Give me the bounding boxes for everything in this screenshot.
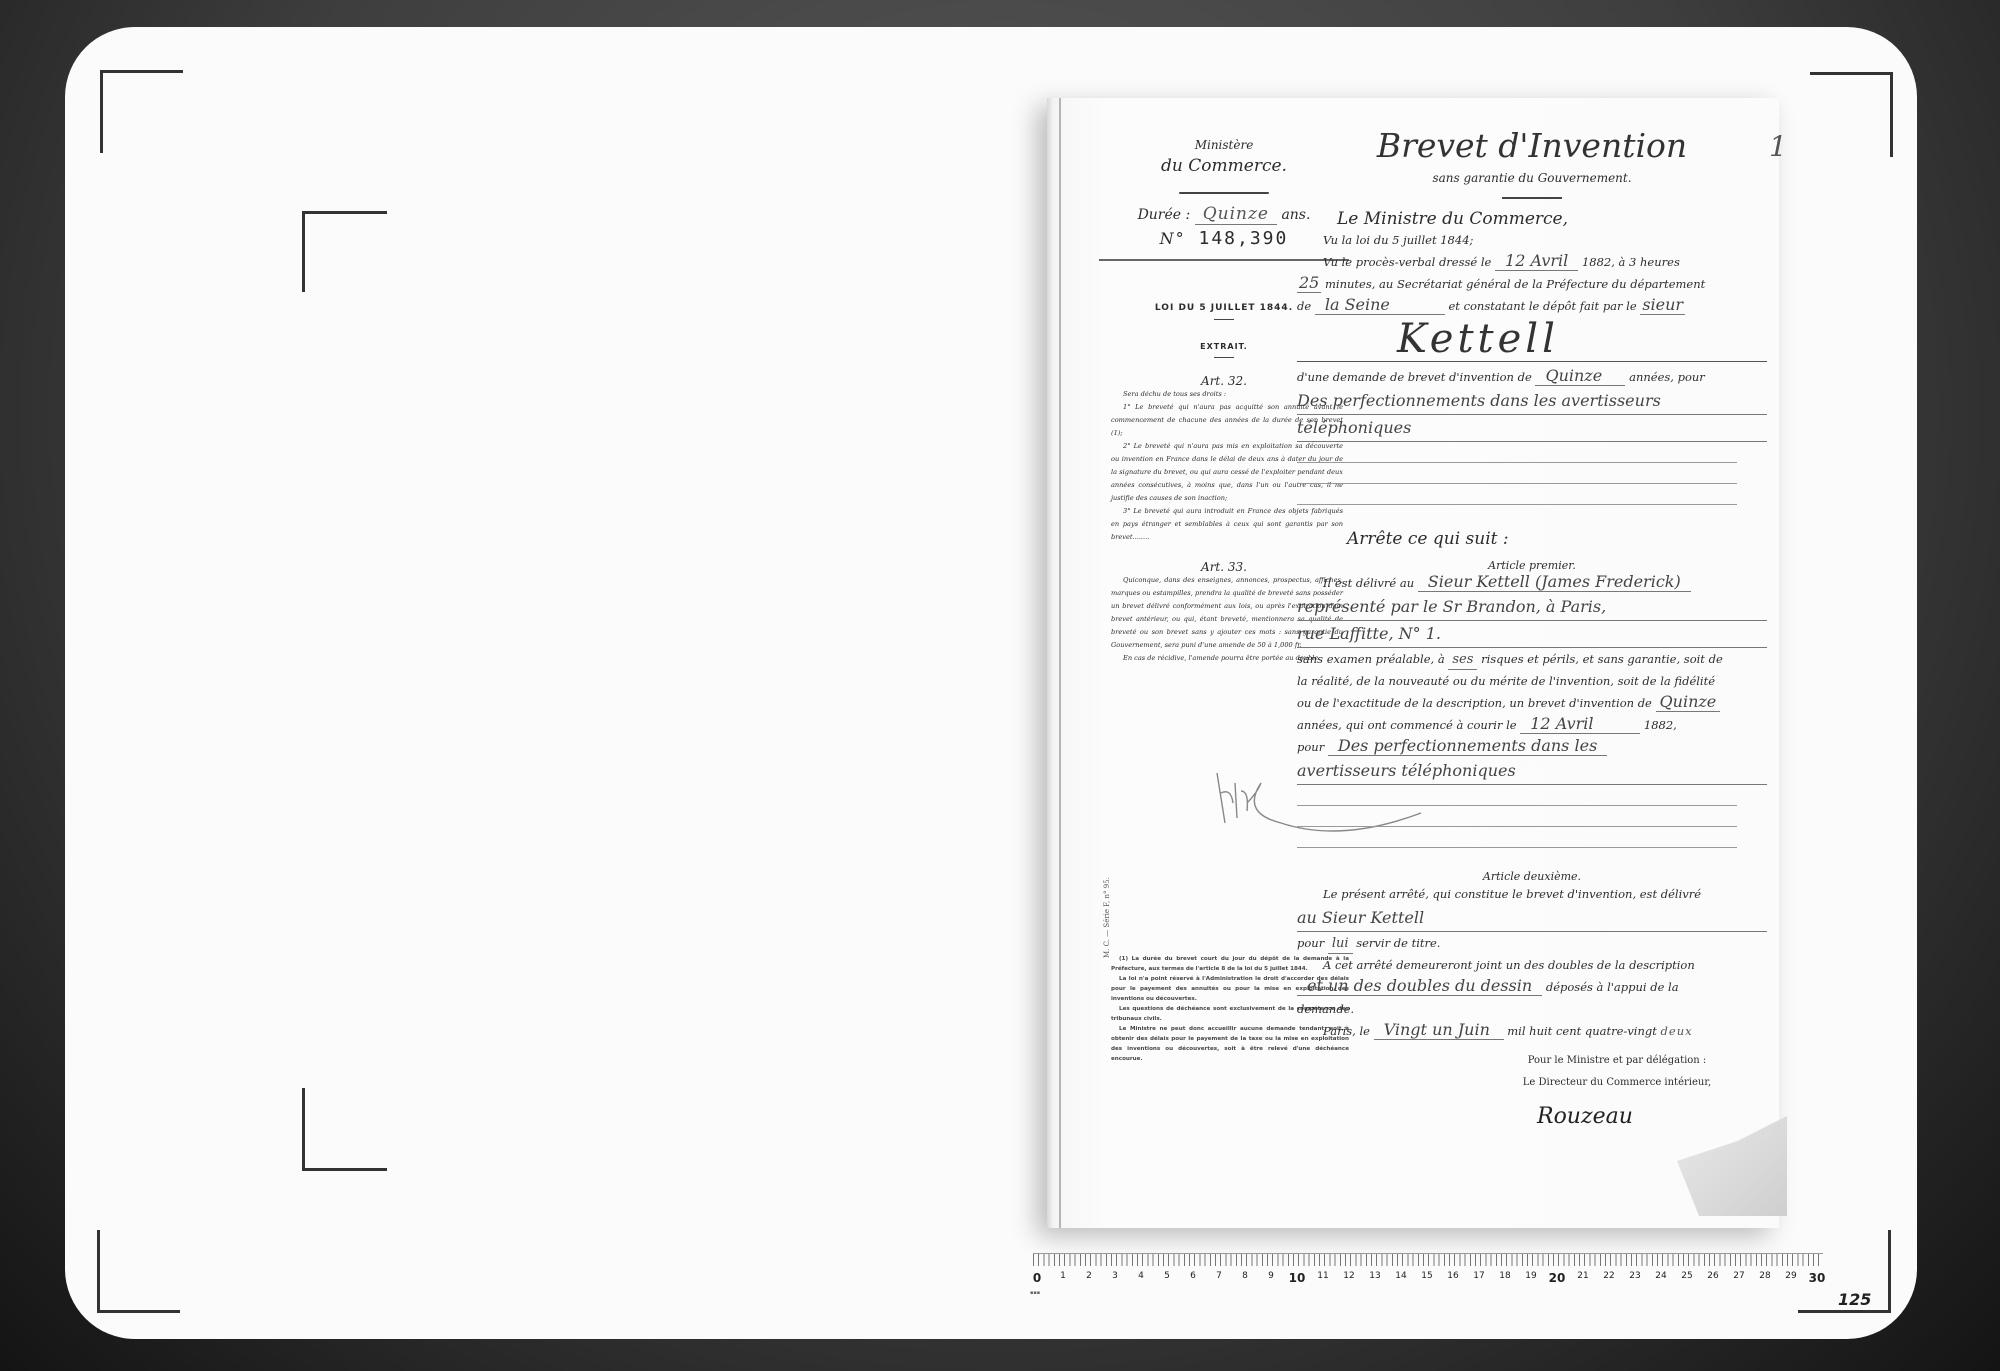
blank-line (1297, 442, 1737, 463)
ruler-tick-label: 29 (1785, 1271, 1796, 1281)
signature-line: Pour le Ministre et par délégation : (1467, 1050, 1767, 1072)
blank-line (1297, 785, 1737, 806)
article-2: Le présent arrêté, qui constitue le brev… (1297, 883, 1767, 1042)
crop-mark-bottom-left-outer (97, 1230, 180, 1313)
text-line: d'une demande de brevet d'invention de Q… (1297, 366, 1767, 388)
invention-object-line2: téléphoniques (1297, 415, 1767, 442)
handwritten-date: Vingt un Juin (1374, 1021, 1504, 1040)
ruler-tick-label: 14 (1395, 1271, 1406, 1281)
ruler-tick-label: 27 (1733, 1271, 1744, 1281)
text-line: Le présent arrêté, qui constitue le brev… (1297, 883, 1767, 905)
handwritten-address: rue Laffitte, N° 1. (1297, 621, 1767, 648)
ruler-tick-label: 5 (1164, 1271, 1170, 1281)
ruler-tick-label: 28 (1759, 1271, 1770, 1281)
text-line: la réalité, de la nouveauté ou du mérite… (1297, 670, 1767, 692)
ruler-tick-label: 18 (1499, 1271, 1510, 1281)
folded-corner (1677, 1116, 1787, 1216)
handwritten-representative: représenté par le Sr Brandon, à Paris, (1297, 594, 1767, 621)
ruler-scale (1033, 1253, 1823, 1266)
text-line: sans examen préalable, à ses risques et … (1297, 648, 1767, 670)
handwritten-object: Des perfectionnements dans les (1328, 737, 1607, 756)
text-line: Il est délivré au Sieur Kettell (James F… (1297, 572, 1767, 594)
article-1-title: Article premier. (1297, 559, 1767, 572)
applicant-name: Kettell (1297, 317, 1767, 362)
crop-mark-top-left-inner (302, 211, 387, 292)
handwritten-annex: et un des doubles du dessin (1297, 977, 1542, 996)
ruler-tick-label: 12 (1343, 1271, 1354, 1281)
text-line: et un des doubles du dessin déposés à l'… (1297, 976, 1767, 998)
crop-mark-top-left-outer (100, 70, 183, 153)
text-line: demande. (1297, 998, 1767, 1020)
ruler-tick-label: 20 (1549, 1271, 1566, 1285)
ruler-tick-label: 17 (1473, 1271, 1484, 1281)
ruler-tick-label: 4 (1138, 1271, 1144, 1281)
invention-object-line1: Des perfectionnements dans les avertisse… (1297, 388, 1767, 415)
ruler-tick-label: 21 (1577, 1271, 1588, 1281)
article-2-title: Article deuxième. (1297, 870, 1767, 883)
text-line: Paris, le Vingt un Juin mil huit cent qu… (1297, 1020, 1767, 1042)
text-line: pour lui servir de titre. (1297, 932, 1767, 954)
ruler-tick-label: 3 (1112, 1271, 1118, 1281)
ruler-tick-label: 19 (1525, 1271, 1536, 1281)
ruler-tick-label: 2 (1086, 1271, 1092, 1281)
ruler-tick-label: 16 (1447, 1271, 1458, 1281)
blank-line (1297, 806, 1737, 827)
text-line: Vu le procès-verbal dressé le 12 Avril 1… (1297, 251, 1767, 273)
ruler-tick-label: 23 (1629, 1271, 1640, 1281)
signature-line: Le Directeur du Commerce intérieur, (1467, 1072, 1767, 1094)
document-subtitle: sans garantie du Gouvernement. (1297, 171, 1767, 185)
text-line: A cet arrêté demeureront joint un des do… (1297, 954, 1767, 976)
ruler-labels: 0123456789101112131415161718192021222324… (1033, 1271, 1823, 1287)
binding-edge (1059, 98, 1061, 1228)
handwritten-word: ses (1448, 651, 1477, 670)
handwritten-date: 12 Avril (1495, 252, 1578, 271)
crop-mark-bottom-left-inner (302, 1088, 387, 1171)
text-line: 25 minutes, au Secrétariat général de la… (1297, 273, 1767, 295)
signature: Rouzeau (1537, 1104, 1767, 1129)
text-line: pour Des perfectionnements dans les (1297, 736, 1767, 758)
patent-document: Ministère du Commerce. Durée : Quinze an… (1047, 98, 1779, 1228)
page-number: 125 (1838, 1290, 1871, 1309)
ruler-tick-label: 24 (1655, 1271, 1666, 1281)
text-line: de la Seine et constatant le dépôt fait … (1297, 295, 1767, 317)
preamble: Vu la loi du 5 juillet 1844; Vu le procè… (1297, 229, 1767, 505)
ruler-tick-label: 30 (1809, 1271, 1826, 1285)
divider (1214, 357, 1234, 358)
handwritten-recipient: au Sieur Kettell (1297, 905, 1767, 932)
handwritten-duration: Quinze (1535, 367, 1625, 386)
ornament-divider (1179, 192, 1269, 194)
measurement-ruler: 0123456789101112131415161718192021222324… (1033, 1253, 1833, 1298)
minister-heading: Le Ministre du Commerce, (1337, 209, 1767, 229)
blank-line (1297, 484, 1737, 505)
text-line: ou de l'exactitude de la description, un… (1297, 692, 1767, 714)
blank-line (1297, 463, 1737, 484)
handwritten-title: sieur (1640, 296, 1685, 315)
document-title: Brevet d'Invention (1297, 126, 1767, 165)
handwritten-department: la Seine (1315, 296, 1445, 315)
ornament-divider (1502, 197, 1562, 199)
handwritten-object-line2: avertisseurs téléphoniques (1297, 758, 1767, 785)
ruler-tick-label: 7 (1216, 1271, 1222, 1281)
handwritten-date: 12 Avril (1520, 715, 1640, 734)
ruler-tick-label: 15 (1421, 1271, 1432, 1281)
crop-mark-top-right (1810, 72, 1893, 157)
ruler-tick-label: 22 (1603, 1271, 1614, 1281)
handwritten-year: deux (1661, 1024, 1693, 1038)
ruler-tick-label: 13 (1369, 1271, 1380, 1281)
divider (1214, 319, 1234, 320)
text-line: années, qui ont commencé à courir le 12 … (1297, 714, 1767, 736)
ruler-tick-label: 9 (1268, 1271, 1274, 1281)
ruler-tick-label: 6 (1190, 1271, 1196, 1281)
handwritten-word: lui (1328, 935, 1353, 954)
handwritten-duration: Quinze (1656, 693, 1721, 712)
ruler-tick-label: 1 (1060, 1271, 1066, 1281)
folio-mark: 1 (1769, 130, 1787, 163)
handwritten-minutes: 25 (1297, 274, 1321, 293)
ruler-tick-label: 11 (1317, 1271, 1328, 1281)
blank-line (1297, 827, 1737, 848)
signature-block: Pour le Ministre et par délégation : Le … (1467, 1050, 1767, 1094)
series-code: M. C. — Série F, n° 95. (1103, 877, 1111, 958)
ruler-tick-label: 25 (1681, 1271, 1692, 1281)
ruler-tick-label: 0 (1033, 1271, 1041, 1285)
right-column: 1 Brevet d'Invention sans garantie du Go… (1297, 120, 1767, 1129)
ruler-tick-label: 8 (1242, 1271, 1248, 1281)
handwritten-grantee: Sieur Kettell (James Frederick) (1418, 573, 1691, 592)
ruler-tick-label: 10 (1289, 1271, 1306, 1285)
article-1: Il est délivré au Sieur Kettell (James F… (1297, 572, 1767, 848)
duration-value: Quinze (1195, 204, 1277, 225)
text-line: Vu la loi du 5 juillet 1844; (1297, 229, 1767, 251)
decree-heading: Arrête ce qui suit : (1347, 529, 1767, 549)
ruler-maker-label: ▪▪▪ (1030, 1290, 1040, 1296)
ruler-tick-label: 26 (1707, 1271, 1718, 1281)
